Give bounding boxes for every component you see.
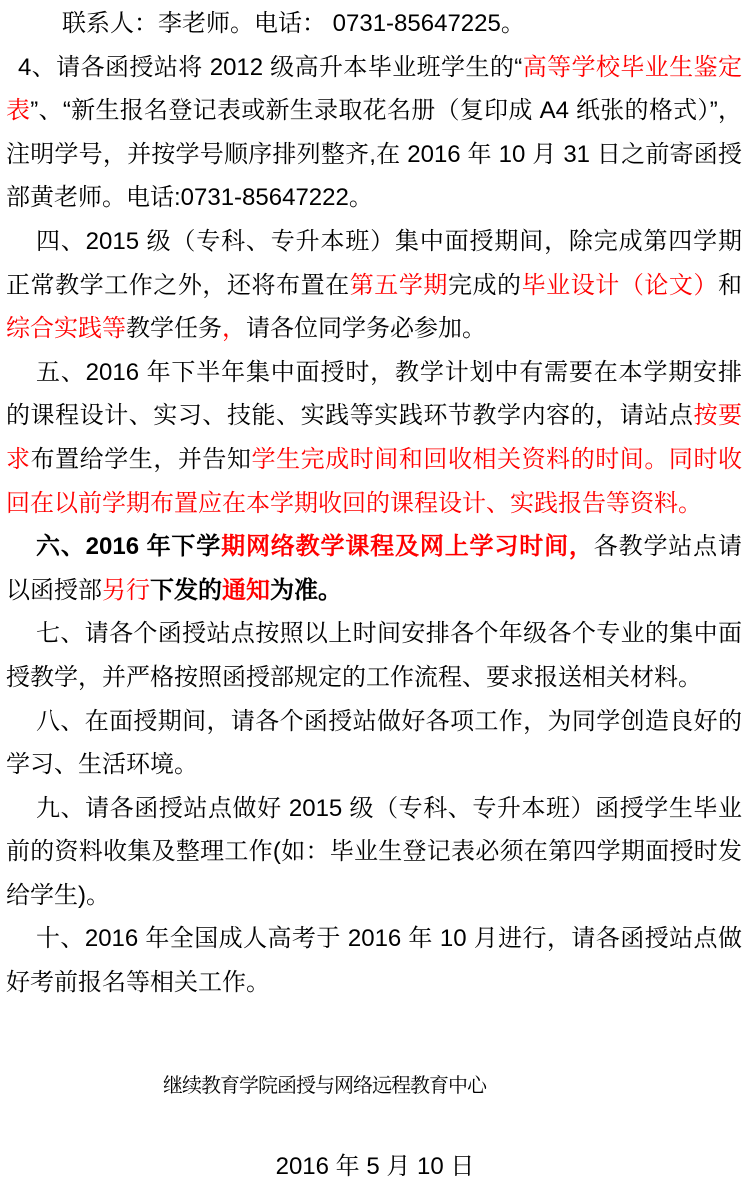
- para-item-five: 五、2016 年下半年集中面授时，教学计划中有需要在本学期安排的课程设计、实习、…: [6, 351, 742, 525]
- text-segment: ”、“新生报名登记表或新生录取花名册（复印成 A4 纸张的格式）”，注明学号，并…: [6, 97, 742, 211]
- text-segment-bold: 为准。: [270, 577, 342, 604]
- text-segment: 九、请各函授站点做好 2015 级（专科、专升本班）函授学生毕业前的资料收集及整…: [6, 795, 742, 909]
- para-item-4: 4、请各函授站将 2012 级高升本毕业班学生的“高等学校毕业生鉴定表”、“新生…: [6, 46, 742, 220]
- text-segment: 五、2016 年下半年集中面授时，教学计划中有需要在本学期安排的课程设计、实习、…: [6, 359, 742, 430]
- signature-line: 继续教育学院函授与网络远程教育中心: [163, 1072, 486, 1100]
- text-segment-bold: 下发的: [150, 577, 222, 604]
- para-item-seven: 七、请各个函授站点按照以上时间安排各个年级各个专业的集中面授教学，并严格按照函授…: [6, 612, 742, 699]
- para-item-eight: 八、在面授期间，请各个函授站做好各项工作，为同学创造良好的学习、生活环境。: [6, 700, 742, 787]
- document-page: 联系人：李老师。电话： 0731-85647225。 4、请各函授站将 2012…: [0, 0, 750, 1190]
- text-segment: 完成的: [448, 272, 522, 299]
- text-segment: 十、2016 年全国成人高考于 2016 年 10 月进行，请各函授站点做好考前…: [6, 925, 742, 996]
- para-item-ten: 十、2016 年全国成人高考于 2016 年 10 月进行，请各函授站点做好考前…: [6, 917, 742, 1004]
- text-segment: 4、请各函授站将 2012 级高升本毕业班学生的“: [18, 54, 522, 81]
- text-segment: 和: [718, 272, 742, 299]
- text-segment: 七、请各个函授站点按照以上时间安排各个年级各个专业的集中面授教学，并严格按照函授…: [6, 620, 742, 691]
- text-segment: 八、在面授期间，请各个函授站做好各项工作，为同学创造良好的学习、生活环境。: [6, 708, 742, 779]
- text-segment-red: 毕业设计（论文）: [522, 272, 718, 299]
- text-segment-red-bold: 期网络教学课程及网上学习时间，: [221, 533, 594, 560]
- date-line: 2016 年 5 月 10 日: [0, 1152, 750, 1182]
- text-segment: 请各位同学务必参加。: [246, 315, 486, 342]
- para-item-four: 四、2015 级（专科、专升本班）集中面授期间，除完成第四学期正常教学工作之外，…: [6, 220, 742, 351]
- text-segment-bold: 六、2016 年下学: [36, 533, 221, 560]
- para-contact-line: 联系人：李老师。电话： 0731-85647225。: [6, 2, 742, 46]
- document-body: 联系人：李老师。电话： 0731-85647225。 4、请各函授站将 2012…: [0, 0, 750, 1005]
- text-segment-red: 另行: [102, 577, 150, 604]
- para-item-six: 六、2016 年下学期网络教学课程及网上学习时间，各教学站点请以函授部另行下发的…: [6, 525, 742, 612]
- text-segment: 联系人：李老师。电话： 0731-85647225。: [62, 10, 525, 37]
- text-segment-red-bold: 通知: [222, 577, 270, 604]
- text-segment-red: 综合实践等: [6, 315, 126, 342]
- para-item-nine: 九、请各函授站点做好 2015 级（专科、专升本班）函授学生毕业前的资料收集及整…: [6, 787, 742, 918]
- text-segment-red: ，: [222, 315, 246, 342]
- text-segment-red: 第五学期: [350, 272, 448, 299]
- text-segment: 教学任务: [126, 315, 222, 342]
- text-segment: 布置给学生，并告知: [31, 446, 252, 473]
